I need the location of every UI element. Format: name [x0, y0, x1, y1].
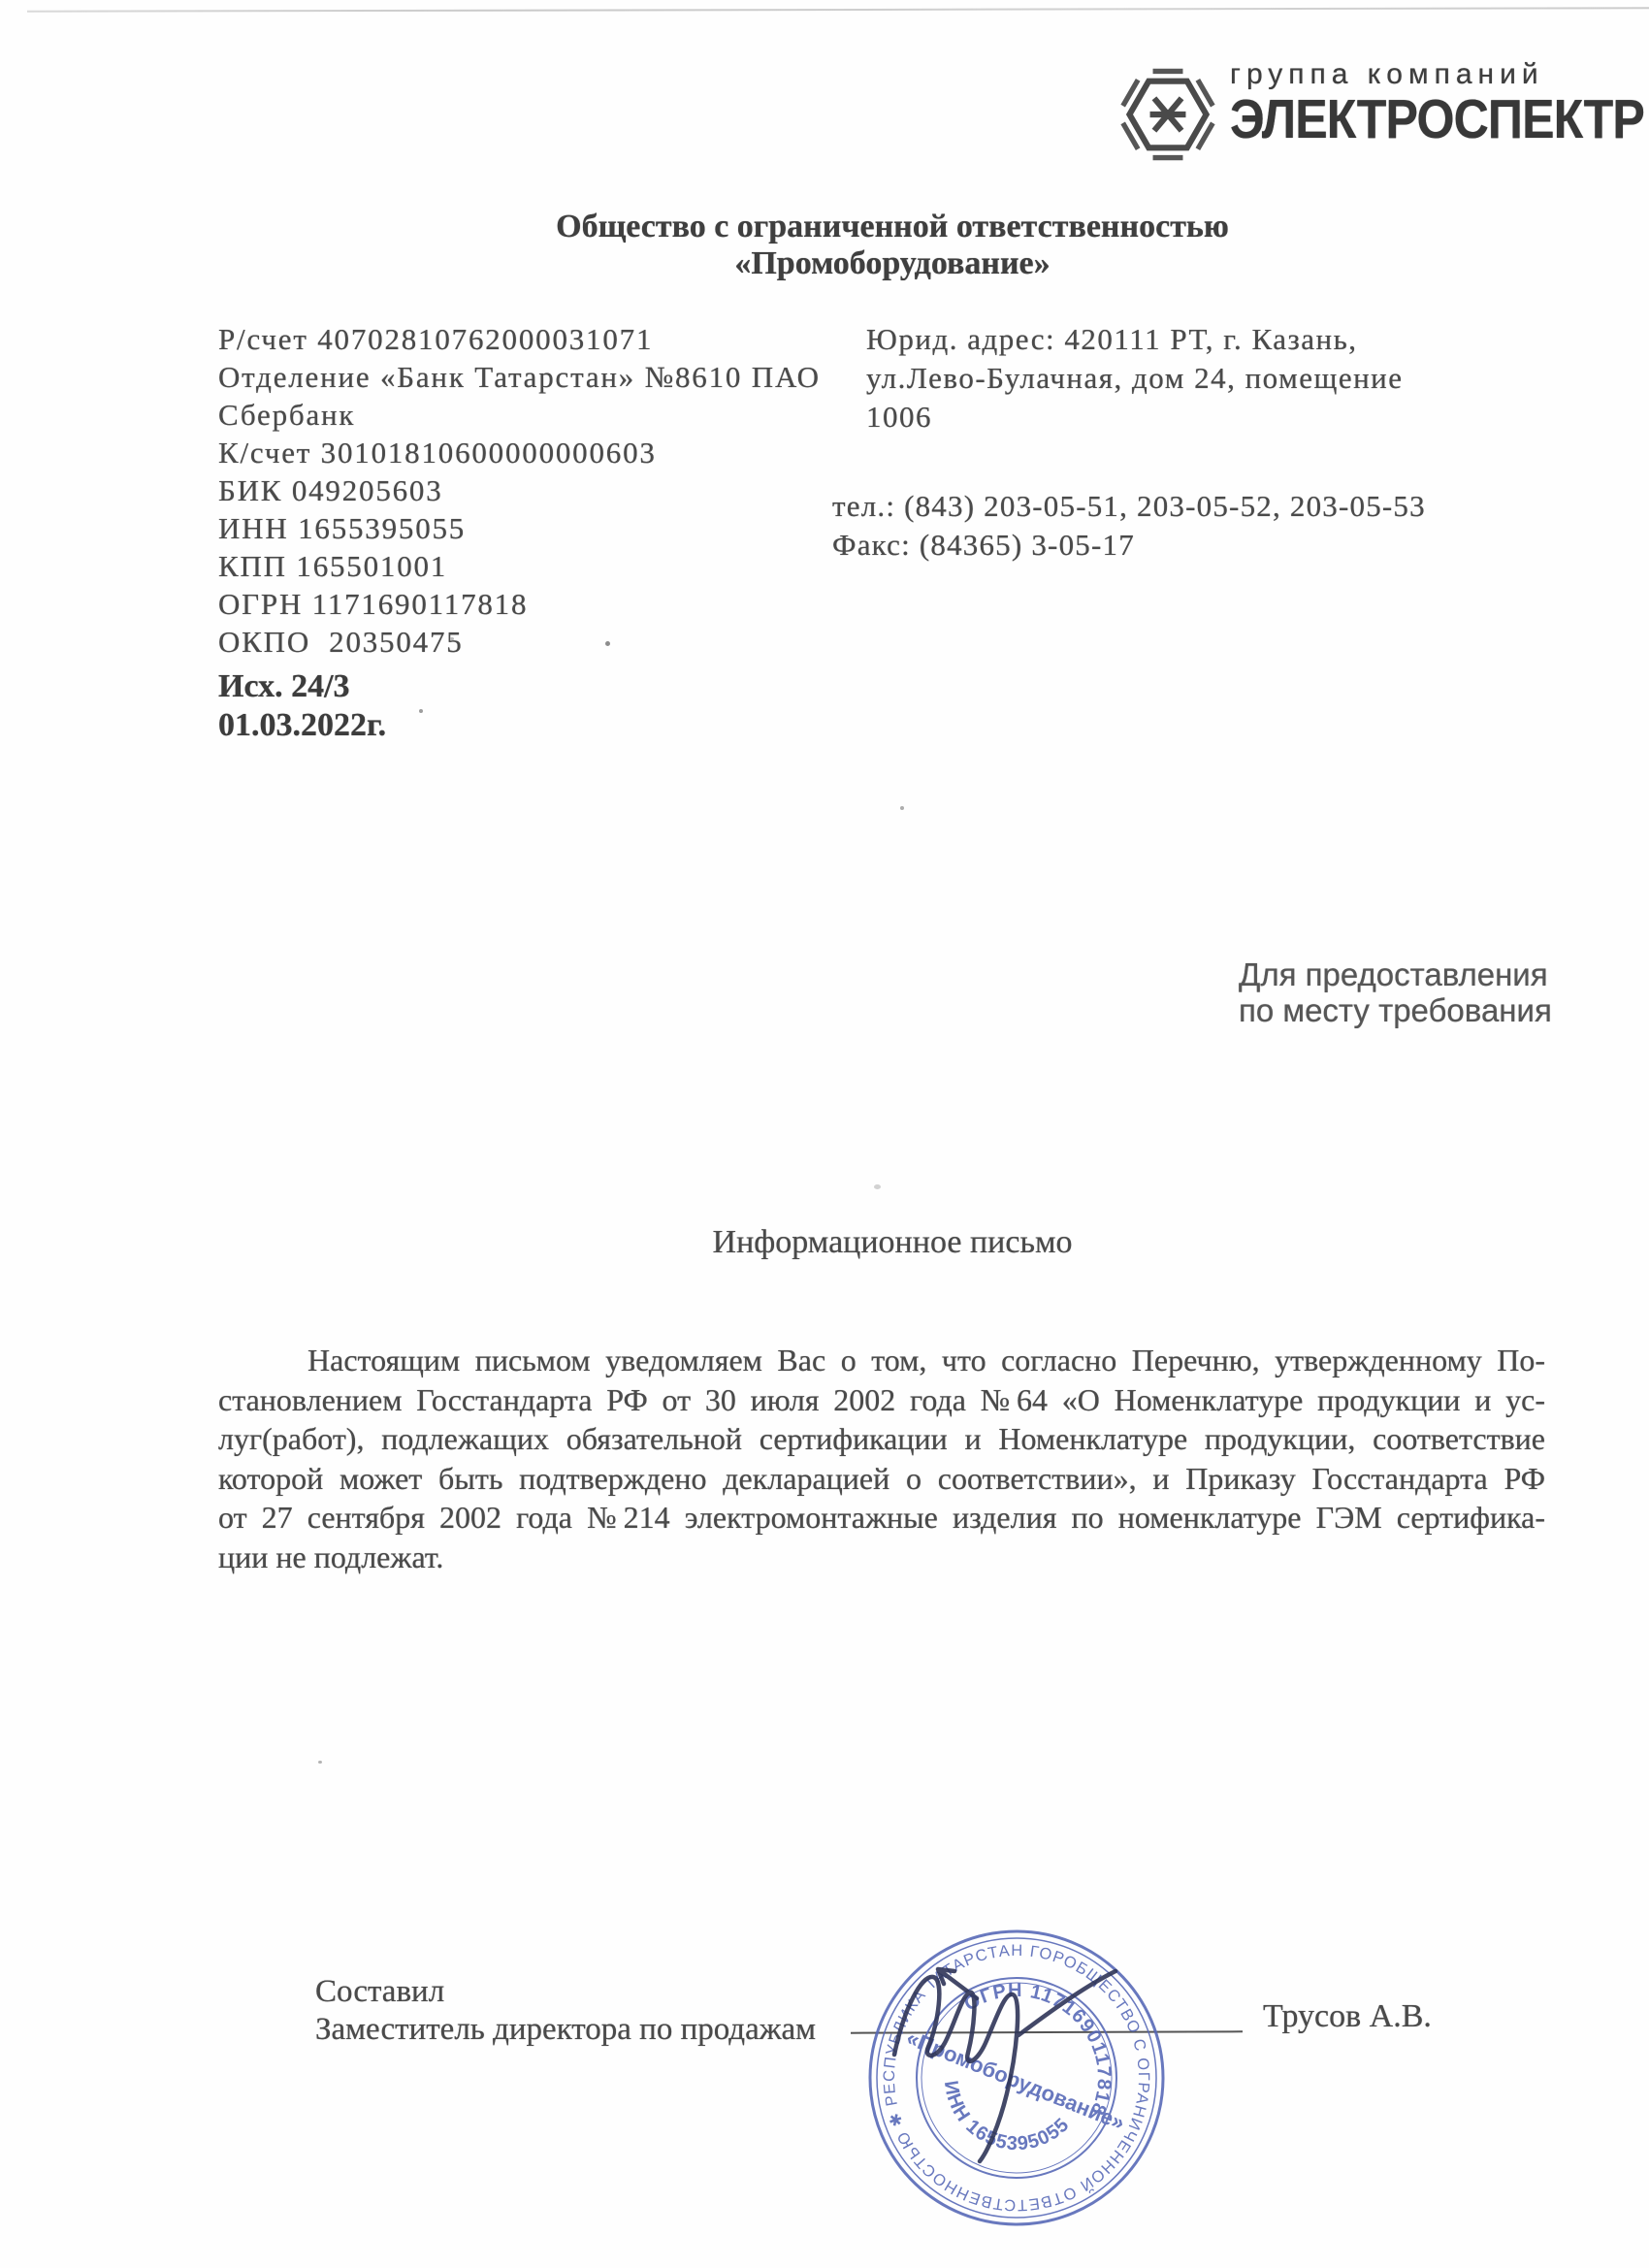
address-line: 1006 [866, 398, 1487, 437]
purpose-line1: Для предоставления [1239, 956, 1552, 992]
logo-group-label: группа компаний [1230, 58, 1649, 91]
requisite-line: КПП 165501001 [218, 547, 800, 585]
requisite-line: К/счет 30101810600000000603 [218, 434, 800, 471]
scanned-letter-page: группа компаний ЭЛЕКТРОСПЕКТР Общество с… [0, 0, 1649, 2268]
outgoing-block: Исх. 24/3 01.03.2022г. [218, 667, 386, 745]
requisite-line: Р/счет 40702810762000031071 [218, 320, 800, 358]
handwritten-signature [824, 1930, 1232, 2202]
body-line: от 27 сентября 2002 года №214 электромон… [218, 1498, 1545, 1538]
scan-speck [605, 641, 610, 646]
body-line: ции не подлежат. [218, 1538, 1545, 1577]
scan-speck [318, 1761, 322, 1764]
fax-line: Факс: (84365) 3-05-17 [832, 526, 1531, 565]
letter-title: Информационное письмо [369, 1224, 1416, 1261]
requisite-line: ОКПО 20350475 [218, 623, 800, 661]
requisite-line: Сбербанк [218, 396, 800, 434]
body-line: становлением Госстандарта РФ от 30 июля … [218, 1380, 1545, 1420]
bank-requisites: Р/счет 40702810762000031071Отделение «Ба… [218, 320, 800, 661]
company-logo: группа компаний ЭЛЕКТРОСПЕКТР [1112, 58, 1649, 169]
outgoing-number: Исх. 24/3 [218, 667, 386, 706]
phone-line: тел.: (843) 203-05-51, 203-05-52, 203-05… [832, 487, 1531, 526]
purpose-line2: по месту требования [1239, 992, 1552, 1028]
org-title-line2: «Промоборудование» [369, 245, 1416, 282]
purpose-note: Для предоставления по месту требования [1239, 956, 1552, 1028]
letter-body: Настоящим письмом уведомляем Вас о том, … [218, 1341, 1545, 1576]
org-title-line1: Общество с ограниченной ответственностью [369, 209, 1416, 245]
signature-prepared-label: Составил [315, 1974, 444, 2010]
signature-name: Трусов А.В. [1263, 1998, 1432, 2035]
requisite-line: Отделение «Банк Татарстан» №8610 ПАО [218, 358, 800, 396]
requisite-line: БИК 049205603 [218, 471, 800, 509]
body-line: Настоящим письмом уведомляем Вас о том, … [218, 1341, 1545, 1380]
body-line: которой может быть подтверждено декларац… [218, 1459, 1545, 1499]
scan-speck [874, 1184, 881, 1189]
organization-title: Общество с ограниченной ответственностью… [369, 209, 1416, 282]
address-line: ул.Лево-Булачная, дом 24, помещение [866, 359, 1487, 398]
requisite-line: ИНН 1655395055 [218, 509, 800, 547]
contact-phones: тел.: (843) 203-05-51, 203-05-52, 203-05… [832, 487, 1531, 565]
address-line: Юрид. адрес: 420111 РТ, г. Казань, [866, 320, 1487, 359]
hexagon-asterisk-icon [1112, 60, 1224, 169]
signature-position: Заместитель директора по продажам [315, 2012, 816, 2048]
logo-brand-name: ЭЛЕКТРОСПЕКТР [1230, 87, 1644, 151]
scan-speck [419, 709, 423, 713]
scan-edge-line [27, 7, 1649, 13]
requisite-line: ОГРН 1171690117818 [218, 585, 800, 623]
legal-address: Юрид. адрес: 420111 РТ, г. Казань,ул.Лев… [866, 320, 1487, 437]
scan-speck [900, 806, 904, 810]
scan-speck [450, 637, 454, 640]
outgoing-date: 01.03.2022г. [218, 706, 386, 745]
body-line: луг(работ), подлежащих обязательной серт… [218, 1419, 1545, 1459]
